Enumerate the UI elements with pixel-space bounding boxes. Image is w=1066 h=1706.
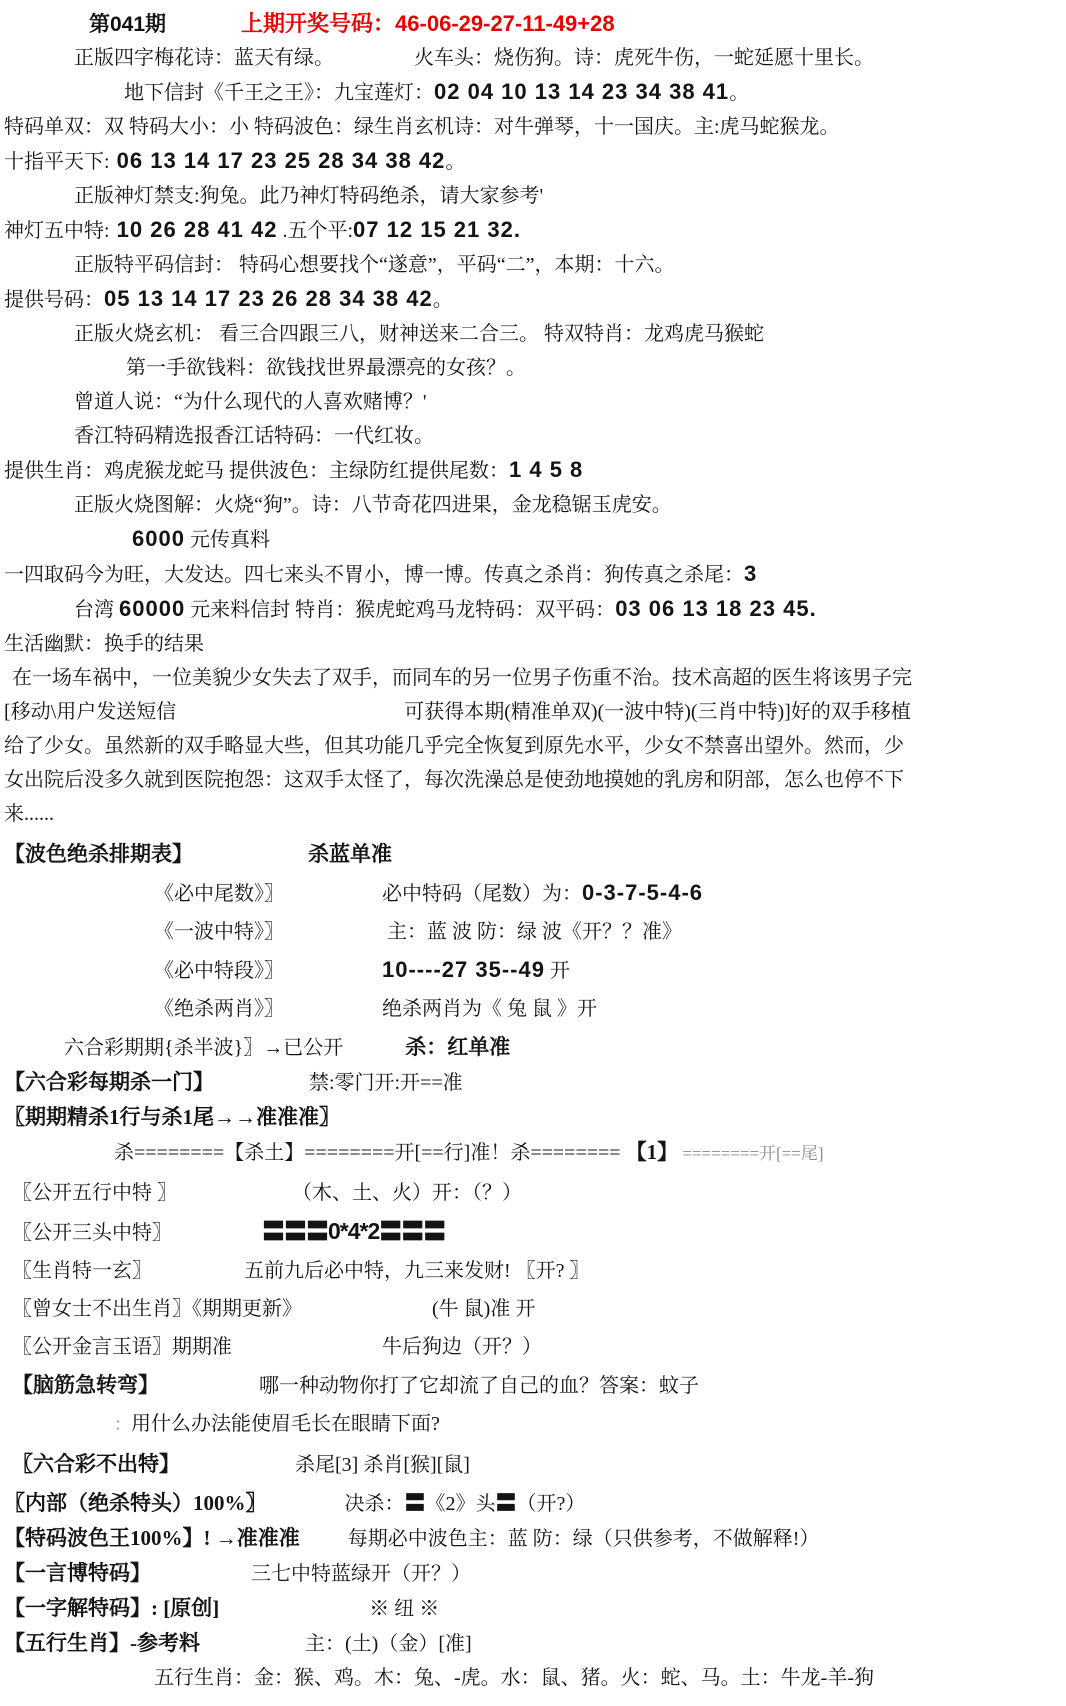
text-segment: 。 <box>729 82 749 104</box>
text-segment: 3 <box>744 561 757 586</box>
text-segment: ： <box>114 1415 131 1434</box>
text-segment: 牛后狗边（开？） <box>382 1336 542 1358</box>
text-segment: 提供号码： <box>4 289 104 311</box>
text-segment: 【脑筋急转弯】 <box>12 1373 159 1397</box>
text-segment: [移动\用户发送短信 <box>4 701 176 723</box>
text-line: 《必中特段》〗10----27 35--49 开 <box>4 954 1062 989</box>
text-segment: 〖曾女士不出生肖〗《期期更新》 <box>12 1298 302 1320</box>
text-segment: 六合彩期期{杀半波}〗→已公开 <box>64 1037 343 1059</box>
text-segment: 。 <box>445 151 465 173</box>
text-segment: 《绝杀两肖》〗 <box>154 998 284 1020</box>
issue-number: 第041期 <box>89 7 166 43</box>
last-draw-numbers: 上期开奖号码：46-06-29-27-11-49+28 <box>241 6 615 42</box>
text-line: 《绝杀两肖》〗绝杀两肖为《 兔 鼠 》开 <box>4 993 1062 1027</box>
text-segment: 地下信封《千王之王》：九宝莲灯： <box>124 82 434 104</box>
text-segment: 一四取码今为旺，大发达。四七来头不胃小，博一博。传真之杀肖：狗传真之杀尾： <box>4 564 744 586</box>
text-segment: (牛 鼠)准 开 <box>432 1298 535 1320</box>
text-line: 香江特码精选报香江话特码：一代红妆。 <box>4 420 1062 454</box>
text-line: 六合彩期期{杀半波}〗→已公开杀：红单准 <box>4 1031 1062 1066</box>
text-segment: 必中特码（尾数）为： <box>382 883 582 905</box>
text-segment: 10----27 35--49 <box>382 957 545 982</box>
text-segment: 60000 <box>119 596 185 621</box>
document-header: 第041期 上期开奖号码：46-06-29-27-11-49+28 <box>4 6 1062 42</box>
text-segment: 【一字解特码】: [原创] <box>4 1596 219 1620</box>
text-line: 6000 元传真料 <box>4 523 1062 558</box>
text-segment: 十指平天下: <box>4 151 110 173</box>
text-line: 〖生肖特一玄〗五前九后必中特，九三来发财! 〖开? 〗 <box>4 1255 1062 1289</box>
text-line: 提供生肖：鸡虎猴龙蛇马 提供波色：主绿防红提供尾数：1 4 5 8 <box>4 454 1062 489</box>
text-segment: 五前九后必中特，九三来发财! 〖开? 〗 <box>244 1260 590 1282</box>
text-line: 来...... <box>4 798 1062 832</box>
text-line: 女出院后没多久就到医院抱怨：这双手太怪了，每次洗澡总是使劲地摸她的乳房和阴部，怎… <box>4 764 1062 798</box>
text-line: 〖六合彩不出特】杀尾[3] 杀肖[猴][鼠] <box>4 1448 1062 1483</box>
text-line: 五行生肖：金：猴、鸡。木：兔、-虎。水：鼠、猪。火：蛇、马。土：牛龙-羊-狗 <box>4 1662 1062 1696</box>
text-segment: 杀尾[3] 杀肖[猴][鼠] <box>295 1454 470 1476</box>
text-line: 〖内部（绝杀特头）100%〗决杀：〓《2》头〓（开?） <box>4 1487 1062 1522</box>
text-segment: 正版火烧玄机： 看三合四跟三八，财神送来二合三。 特双特肖：龙鸡虎马猴蛇 <box>74 323 764 345</box>
text-segment: 在一场车祸中，一位美貌少女失去了双手，而同车的另一位男子伤重不治。技术高超的医生… <box>12 667 912 689</box>
text-line: 正版特平码信封： 特码心想要找个“遂意”，平码“二”，本期：十六。 <box>4 249 1062 283</box>
text-segment: 《必中特段》〗 <box>154 960 284 982</box>
text-line: 正版神灯禁支:狗兔。此乃神灯特码绝杀，请大家参考' <box>4 180 1062 214</box>
text-line: 【六合彩每期杀一门】禁:零门开:开==准 <box>4 1066 1062 1101</box>
text-segment: 〓 <box>405 1491 426 1515</box>
text-line: 正版四字梅花诗：蓝天有绿。火车头：烧伤狗。诗：虎死牛伤，一蛇延愿十里长。 <box>4 42 1062 76</box>
text-segment: （开?） <box>517 1493 586 1515</box>
text-segment: 五行生肖：金：猴、鸡。木：兔、-虎。水：鼠、猪。火：蛇、马。土：牛龙-羊-狗 <box>154 1667 874 1689</box>
text-line: 【一字解特码】: [原创]※ 纽 ※ <box>4 1592 1062 1627</box>
text-segment: 主：蓝 波 防：绿 波《开？？准》 <box>382 921 682 943</box>
text-line: 曾道人说：“为什么现代的人喜欢赌博？' <box>4 386 1062 420</box>
text-line: 地下信封《千王之王》：九宝莲灯：02 04 10 13 14 23 34 38 … <box>4 76 1062 111</box>
text-line: 杀========【杀土】========开[==行]准！杀======== 【… <box>4 1136 1062 1171</box>
text-line: 〖公开三头中特〗〓〓〓0*4*2〓〓〓 <box>4 1215 1062 1251</box>
text-segment: 【波色绝杀排期表】 <box>4 842 193 866</box>
text-line: 台湾 60000 元来料信封 特肖：猴虎蛇鸡马龙特码：双平码：03 06 13 … <box>4 593 1062 628</box>
text-segment: 02 04 10 13 14 23 34 38 41 <box>434 79 729 104</box>
text-line: 《必中尾数》〗必中特码（尾数）为：0-3-7-5-4-6 <box>4 877 1062 912</box>
text-line: 〖公开金言玉语〗期期准牛后狗边（开？） <box>4 1331 1062 1365</box>
text-line: 【波色绝杀排期表】杀蓝单准 <box>4 838 1062 873</box>
text-line: 【脑筋急转弯】哪一种动物你打了它却流了自己的血？答案：蚊子 <box>4 1369 1062 1404</box>
lottery-tips-sheet: 第041期 上期开奖号码：46-06-29-27-11-49+28 正版四字梅花… <box>0 0 1066 1706</box>
text-segment: 元来料信封 特肖：猴虎蛇鸡马龙特码：双平码： <box>185 599 615 621</box>
text-segment: 【特码波色王100%】! →准准准 <box>4 1526 300 1550</box>
text-segment: 哪一种动物你打了它却流了自己的血？答案：蚊子 <box>259 1375 699 1397</box>
text-line: 特码单双：双 特码大小：小 特码波色：绿生肖玄机诗：对牛弹琴，十一国庆。主:虎马… <box>4 111 1062 145</box>
text-line: 【一言博特码】三七中特蓝绿开（开？） <box>4 1557 1062 1592</box>
text-segment: 〓〓〓0*4*2〓〓〓 <box>262 1218 445 1244</box>
text-segment: 主：(土)（金）[准] <box>305 1633 472 1655</box>
text-segment: 。 <box>433 289 453 311</box>
text-segment: 特码单双：双 特码大小：小 特码波色：绿生肖玄机诗：对牛弹琴，十一国庆。主:虎马… <box>4 116 840 138</box>
text-segment: 给了少女。虽然新的双手略显大些，但其功能几乎完全恢复到原先水平，少女不禁喜出望外… <box>4 735 904 757</box>
text-line: 提供号码：05 13 14 17 23 26 28 34 38 42。 <box>4 283 1062 318</box>
text-segment: 生活幽默：换手的结果 <box>4 633 204 655</box>
text-segment: .五个平: <box>277 220 353 242</box>
text-segment: 〓 <box>496 1491 517 1515</box>
text-segment: 〖生肖特一玄〗 <box>12 1260 152 1282</box>
text-segment: 曾道人说：“为什么现代的人喜欢赌博？' <box>74 391 426 413</box>
text-line: ：用什么办法能使眉毛长在眼睛下面? <box>4 1408 1062 1442</box>
text-segment: 6000 <box>132 526 185 551</box>
text-segment: 正版特平码信封： 特码心想要找个“遂意”，平码“二”，本期：十六。 <box>74 254 675 276</box>
text-line: 〖期期精杀1行与杀1尾→→准准准〗 <box>4 1101 1062 1136</box>
text-segment: 《必中尾数》〗 <box>154 883 284 905</box>
text-segment: 台湾 <box>74 599 119 621</box>
text-line: 神灯五中特: 10 26 28 41 42 .五个平:07 12 15 21 3… <box>4 214 1062 249</box>
text-line: [移动\用户发送短信可获得本期(精准单双)(一波中特)(三肖中特)]好的双手移植 <box>4 696 1062 730</box>
text-segment: 用什么办法能使眉毛长在眼睛下面? <box>131 1413 440 1435</box>
text-segment: 杀：红单准 <box>405 1035 510 1059</box>
text-line: 一四取码今为旺，大发达。四七来头不胃小，博一博。传真之杀肖：狗传真之杀尾：3 <box>4 558 1062 593</box>
text-segment: （木、土、火）开：（？） <box>302 1182 522 1204</box>
text-line: 〖曾女士不出生肖〗《期期更新》(牛 鼠)准 开 <box>4 1293 1062 1327</box>
text-segment: 杀蓝单准 <box>308 842 392 866</box>
text-segment: 正版火烧图解：火烧“狗”。诗：八节奇花四进果，金龙稳锯玉虎安。 <box>74 494 672 516</box>
document-body: 正版四字梅花诗：蓝天有绿。火车头：烧伤狗。诗：虎死牛伤，一蛇延愿十里长。地下信封… <box>4 42 1062 1696</box>
text-segment: 〖公开金言玉语〗期期准 <box>12 1336 232 1358</box>
text-segment: 禁:零门开:开==准 <box>309 1072 463 1094</box>
text-segment: 可获得本期(精准单双)(一波中特)(三肖中特)]好的双手移植 <box>404 701 911 723</box>
text-line: 正版火烧玄机： 看三合四跟三八，财神送来二合三。 特双特肖：龙鸡虎马猴蛇 <box>4 318 1062 352</box>
text-segment: 【1】 <box>626 1140 679 1164</box>
text-segment: ※ 纽 ※ <box>369 1598 439 1620</box>
text-line: 给了少女。虽然新的双手略显大些，但其功能几乎完全恢复到原先水平，少女不禁喜出望外… <box>4 730 1062 764</box>
text-segment: 【六合彩每期杀一门】 <box>4 1070 214 1094</box>
text-segment: 香江特码精选报香江话特码：一代红妆。 <box>74 425 434 447</box>
text-segment: 来...... <box>4 803 54 825</box>
text-line: 正版火烧图解：火烧“狗”。诗：八节奇花四进果，金龙稳锯玉虎安。 <box>4 489 1062 523</box>
text-segment: 火车头：烧伤狗。诗：虎死牛伤，一蛇延愿十里长。 <box>414 47 874 69</box>
text-segment: 【一言博特码】 <box>4 1561 151 1585</box>
text-segment: 绝杀两肖为《 兔 鼠 》开 <box>382 998 597 1020</box>
text-segment: 05 13 14 17 23 26 28 34 38 42 <box>104 286 433 311</box>
text-segment: 神灯五中特: <box>4 220 110 242</box>
text-line: 生活幽默：换手的结果 <box>4 628 1062 662</box>
text-segment: 《2》头 <box>426 1493 496 1515</box>
text-segment: 杀========【杀土】========开[==行]准！杀======== <box>114 1142 626 1164</box>
text-segment: 1 4 5 8 <box>509 457 583 482</box>
text-segment: 〖六合彩不出特】 <box>12 1452 180 1476</box>
text-segment: 开 <box>545 960 570 982</box>
text-segment: 正版四字梅花诗：蓝天有绿。 <box>74 47 334 69</box>
text-segment: 正版神灯禁支:狗兔。此乃神灯特码绝杀，请大家参考' <box>74 185 543 207</box>
text-segment: 06 13 14 17 23 25 28 34 38 42 <box>110 148 446 173</box>
text-segment: 女出院后没多久就到医院抱怨：这双手太怪了，每次洗澡总是使劲地摸她的乳房和阴部，怎… <box>4 769 904 791</box>
text-segment: 《一波中特》〗 <box>154 921 284 943</box>
text-line: 十指平天下: 06 13 14 17 23 25 28 34 38 42。 <box>4 145 1062 180</box>
text-segment: 【五行生肖】-参考料 <box>4 1631 200 1655</box>
text-segment: 〖公开三头中特〗 <box>12 1222 172 1244</box>
text-line: 〖公开五行中特 〗（木、土、火）开：（？） <box>4 1177 1062 1211</box>
text-segment: 提供生肖：鸡虎猴龙蛇马 提供波色：主绿防红提供尾数： <box>4 460 509 482</box>
text-segment: 0-3-7-5-4-6 <box>582 880 703 905</box>
text-segment: 每期必中波色主：蓝 防：绿（只供参考，不做解释!） <box>348 1528 820 1550</box>
text-line: 【五行生肖】-参考料主：(土)（金）[准] <box>4 1627 1062 1662</box>
text-segment: 〖内部（绝杀特头）100%〗 <box>4 1491 267 1515</box>
text-segment: 07 12 15 21 32. <box>353 217 521 242</box>
text-line: 第一手欲钱料：欲钱找世界最漂亮的女孩？。 <box>4 352 1062 386</box>
text-segment: 决杀： <box>345 1493 405 1515</box>
text-segment: 〖期期精杀1行与杀1尾→→准准准〗 <box>4 1105 340 1129</box>
text-segment: 〖公开五行中特 〗 <box>12 1182 177 1204</box>
text-line: 《一波中特》〗 主：蓝 波 防：绿 波《开？？准》 <box>4 916 1062 950</box>
text-segment: ========开[==尾] <box>678 1144 823 1163</box>
text-line: 【特码波色王100%】! →准准准每期必中波色主：蓝 防：绿（只供参考，不做解释… <box>4 1522 1062 1557</box>
text-segment: 三七中特蓝绿开（开？） <box>251 1563 471 1585</box>
text-segment: 10 26 28 41 42 <box>110 217 278 242</box>
text-segment: 03 06 13 18 23 45. <box>615 596 817 621</box>
text-segment: 元传真料 <box>185 529 270 551</box>
text-segment: 第一手欲钱料：欲钱找世界最漂亮的女孩？。 <box>126 357 526 379</box>
text-line: 在一场车祸中，一位美貌少女失去了双手，而同车的另一位男子伤重不治。技术高超的医生… <box>4 662 1062 696</box>
